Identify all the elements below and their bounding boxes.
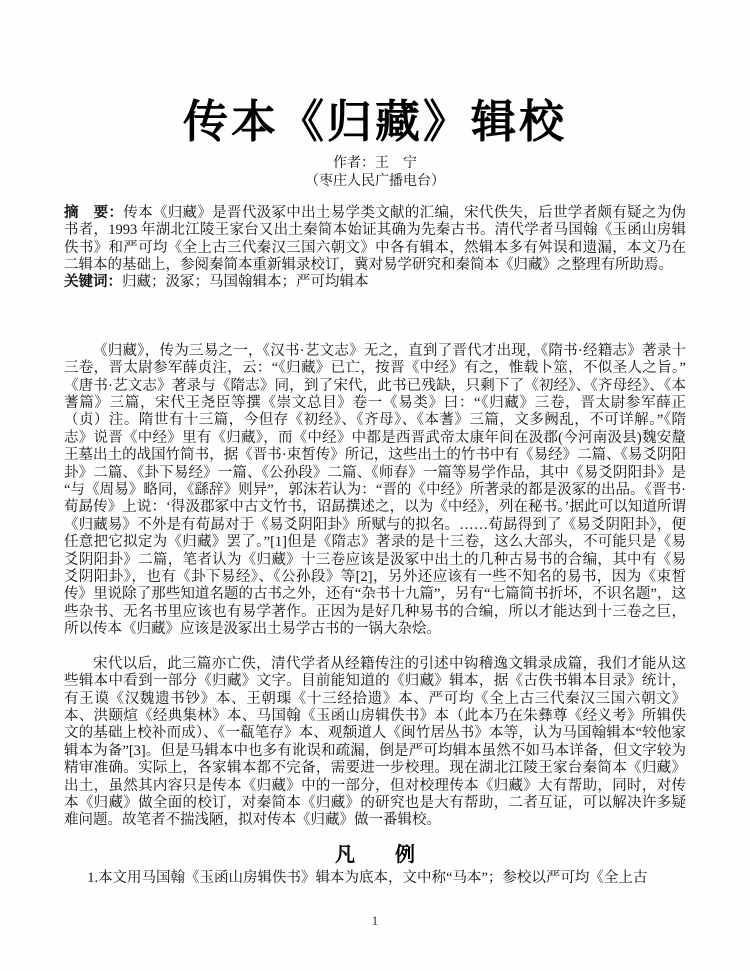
abstract-text: 传本《归藏》是晋代汲冢中出土易学类文献的汇编，宋代佚失，后世学者颇有疑之为伪书者… — [64, 205, 686, 273]
document-page: 传本《归藏》辑校 作者：王 宁 （枣庄人民广播电台） 摘 要：传本《归藏》是晋代… — [0, 0, 750, 971]
page-title: 传本《归藏》辑校 — [64, 96, 686, 148]
page-number: 1 — [0, 913, 750, 929]
abstract-paragraph: 摘 要：传本《归藏》是晋代汲冢中出土易学类文献的汇编，宋代佚失，后世学者颇有疑之… — [64, 205, 686, 275]
abstract-label: 摘 要： — [64, 205, 123, 221]
keywords-label: 关键词： — [64, 274, 122, 290]
fanli-item-1: 1.本文用马国翰《玉函山房辑佚书》辑本为底本，文中称“马本”；参校以严可均《全上… — [64, 870, 686, 887]
abstract-block: 摘 要：传本《归藏》是晋代汲冢中出土易学类文献的汇编，宋代佚失，后世学者颇有疑之… — [64, 205, 686, 292]
section-heading-fanli: 凡 例 — [64, 843, 686, 867]
body-paragraph-2: 宋代以后，此三篇亦亡佚，清代学者从经籍传注的引述中钩稽逸文辑录成篇，我们才能从这… — [64, 656, 686, 830]
author-line: 作者：王 宁 — [64, 155, 686, 172]
affiliation-line: （枣庄人民广播电台） — [64, 173, 686, 190]
keywords-line: 关键词：归藏；汲冢；马国翰辑本；严可均辑本 — [64, 274, 686, 291]
body-paragraph-1: 《归藏》，传为三易之一，《汉书·艺文志》无之，直到了晋代才出现，《隋书·经籍志》… — [64, 343, 686, 639]
keywords-text: 归藏；汲冢；马国翰辑本；严可均辑本 — [122, 274, 369, 290]
